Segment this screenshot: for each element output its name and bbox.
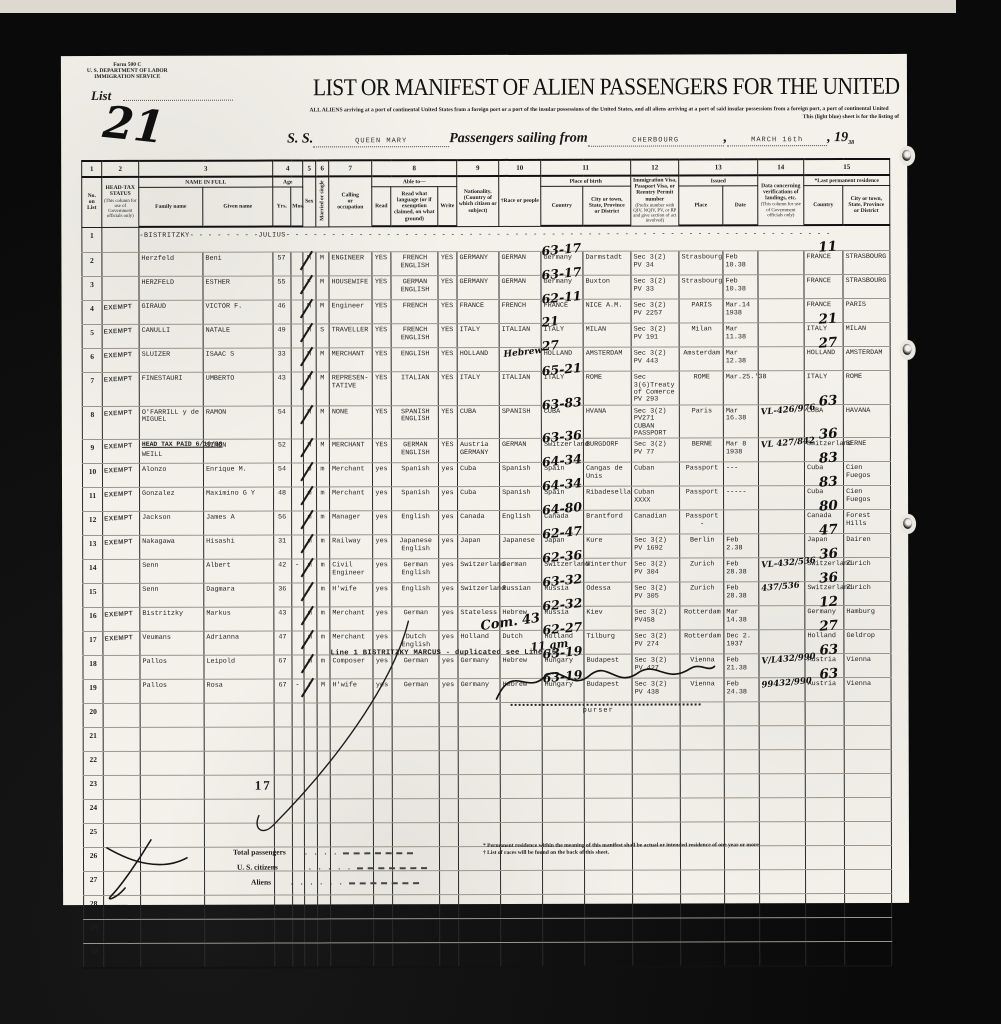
manifest-row: 5EXEMPTCANULLINATALE49MSTRAVELLERYESFREN… — [82, 323, 890, 349]
cell-no: 26 — [83, 848, 103, 872]
cell-read: YES — [372, 439, 391, 463]
cell-place: Vienna — [680, 678, 724, 702]
col-num-3: 3 — [139, 161, 273, 177]
cell-write: yes — [439, 679, 458, 703]
cell-yrs — [274, 799, 292, 823]
cell-sex: m — [304, 535, 317, 559]
cell-no: 27 — [84, 872, 104, 896]
cell-headtax — [104, 896, 141, 920]
cell-race: English — [500, 511, 542, 535]
header-name-in-full: NAME IN FULL — [139, 177, 273, 188]
header-write: Write — [438, 187, 457, 226]
cell-date: Mar 16.38 — [723, 405, 758, 439]
cell-lang: German — [392, 679, 439, 703]
cell-verif — [758, 299, 804, 323]
purser-label: purser — [583, 707, 614, 715]
cell-sex: m — [304, 511, 317, 535]
cell-verif — [760, 870, 806, 894]
dot-leaders: . . . . . . — [291, 877, 345, 886]
cell-place: Milan — [679, 323, 723, 347]
header-age: Age — [273, 176, 303, 187]
cell-date: Feb 10.38 — [723, 251, 758, 275]
cell-mos — [292, 655, 304, 679]
cell-read: yes — [373, 559, 392, 583]
cell-no: 13 — [83, 536, 103, 560]
cell-headtax — [103, 584, 140, 608]
cell-b-city: ROME — [583, 371, 631, 405]
manifest-row: 18PallosLeipold67mmComposeryesGermanyesG… — [83, 654, 891, 680]
cell-write: yes — [439, 535, 458, 559]
cell-res-city — [845, 870, 892, 894]
cell-read: YES — [372, 348, 391, 372]
cell-date — [725, 918, 760, 942]
cell-lang: German — [392, 607, 439, 631]
cell-headtax — [104, 872, 141, 896]
manifest-row: 21 — [83, 726, 891, 752]
cell-given — [204, 823, 274, 847]
cell-res-city: Vienna — [844, 678, 891, 702]
cell-read: yes — [373, 511, 392, 535]
cell-occ — [330, 703, 373, 727]
cell-given: Leipold — [204, 655, 274, 679]
cell-lang: Spanish — [391, 463, 438, 487]
manifest-row: 30 — [84, 942, 892, 969]
cell-res-city: Geldrop — [844, 630, 891, 654]
cell-mos — [291, 252, 303, 276]
cell-race: Russian — [500, 583, 542, 607]
cell-nat: HOLLAND — [457, 348, 499, 372]
cell-marital — [318, 895, 331, 919]
cell-marital: m — [317, 559, 330, 583]
manifest-row: 22 — [83, 750, 891, 776]
cell-lang: English — [392, 511, 439, 535]
cell-family — [140, 824, 204, 848]
cell-occ: H'wife — [330, 583, 373, 607]
page-number: 17 — [255, 778, 272, 794]
cell-race: Hebrew — [500, 655, 542, 679]
cell-mos — [292, 751, 304, 775]
cell-visa — [633, 942, 681, 967]
cell-mos — [292, 775, 304, 799]
footnotes: * Permanent residence within the meaning… — [483, 842, 823, 857]
cell-mos — [292, 583, 304, 607]
cell-place — [680, 726, 724, 750]
cell-write: YES — [438, 372, 457, 406]
cell-write: yes — [439, 559, 458, 583]
cell-sex: m — [304, 487, 317, 511]
cell-family: CANULLI — [139, 324, 203, 348]
cell-marital: M — [316, 300, 329, 324]
ss-label: S. S. — [287, 131, 313, 147]
cell-mos — [292, 727, 304, 751]
cell-family: Senn — [140, 560, 204, 584]
cell-visa: Cuban XXXX — [632, 486, 680, 510]
header-issued-place: Place — [679, 186, 723, 225]
header-place-of-birth: Place of birth — [541, 176, 631, 187]
cell-write — [439, 727, 458, 751]
cell-family — [140, 800, 204, 824]
cell-lang: FRENCH ENGLISH — [391, 252, 438, 276]
header-issued: Issued — [679, 175, 758, 186]
cell-res-city: STRASBOURG — [843, 251, 890, 275]
cell-family: O'FARRILL y de MIGUEL — [139, 406, 203, 440]
manifest-row: 6EXEMPTSLUIZERISAAC S33MMMERCHANTYESENGL… — [82, 347, 890, 373]
cell-headtax: EXEMPT — [102, 464, 139, 488]
cell-read — [373, 775, 392, 799]
cell-res-city: Hamburg — [844, 606, 891, 630]
cell-write — [440, 919, 459, 943]
cell-headtax — [103, 752, 140, 776]
cell-lang — [393, 895, 440, 919]
cell-headtax — [103, 704, 140, 728]
cell-occ: NONE — [329, 406, 372, 440]
col-num-10: 10 — [499, 160, 541, 176]
cell-verif — [760, 918, 806, 942]
cell-family — [141, 896, 205, 920]
aliens-row: Aliens . . . . . . — [251, 877, 427, 886]
cell-occ — [330, 823, 373, 847]
cell-date: Feb 2.38 — [724, 534, 759, 558]
cell-res-city: HAVANA — [843, 404, 890, 438]
cell-marital: M — [316, 276, 329, 300]
cell-yrs: 67 — [274, 679, 292, 703]
cell-marital — [317, 775, 330, 799]
cell-race — [500, 775, 542, 799]
manifest-page: Form 500 CU. S. DEPARTMENT OF LABORIMMIG… — [61, 54, 909, 905]
cell-write: YES — [438, 300, 457, 324]
cell-race — [500, 751, 542, 775]
col-num-13: 13 — [679, 159, 758, 175]
cell-no: 10 — [82, 464, 102, 488]
cell-lang — [393, 943, 440, 968]
cell-marital: M — [316, 372, 329, 406]
cell-nat: FRANCE — [457, 300, 499, 324]
cell-no: 20 — [83, 704, 103, 728]
cell-no: 17 — [83, 632, 103, 656]
manifest-row: 2HerzfeldBeni57MMENGINEERYESFRENCH ENGLI… — [82, 251, 890, 277]
cell-mos — [293, 943, 305, 968]
cell-nat: CUBA — [457, 405, 499, 439]
cell-occ: ENGINEER — [329, 252, 372, 276]
cell-verif: VL 427/842 — [758, 438, 804, 462]
total-passengers-label: Total passengers — [233, 847, 305, 856]
cell-res-country — [805, 798, 844, 822]
cell-yrs: 31 — [274, 535, 292, 559]
cell-occ: Manager — [330, 511, 373, 535]
cell-no: 1 — [82, 227, 102, 253]
header-given-name: Given name — [203, 188, 273, 227]
cell-headtax — [103, 776, 140, 800]
cell-nat: Germany — [458, 679, 500, 703]
col-num-4: 4 — [273, 160, 303, 176]
aliens-label: Aliens — [251, 878, 291, 887]
cell-marital: m — [317, 607, 330, 631]
cell-date: --- — [723, 462, 758, 486]
cell-family: Nakagawa — [140, 536, 204, 560]
cell-verif — [758, 371, 804, 405]
cell-read: yes — [372, 463, 391, 487]
cell-occ — [331, 943, 374, 968]
cell-read: YES — [372, 276, 391, 300]
cell-res-city — [845, 918, 892, 942]
cell-race: Hebrew — [499, 347, 541, 371]
cell-date: Feb 24.38 — [724, 678, 759, 702]
cell-yrs: 54 — [273, 406, 291, 440]
cell-family: Gonzalez — [140, 488, 204, 512]
cell-res-city: MILAN — [843, 323, 890, 347]
cell-mos — [293, 919, 305, 943]
cell-date: Feb 28.38 — [724, 582, 759, 606]
cell-family: Jackson — [140, 512, 204, 536]
cell-b-city: Tilburg — [584, 630, 632, 654]
cell-res-city: Forest Hills — [844, 510, 891, 534]
cell-yrs — [275, 895, 293, 919]
cell-headtax: EXEMPT — [102, 373, 139, 407]
cell-b-city: Buxton — [583, 275, 631, 299]
col-num-11: 11 — [541, 160, 631, 176]
header-married-single: Married or single — [316, 176, 329, 226]
cell-marital: m — [316, 463, 329, 487]
cell-place: Zurich — [680, 558, 724, 582]
cell-read — [374, 919, 393, 943]
cell-write: YES — [438, 276, 457, 300]
cell-place: Rotterdam — [680, 606, 724, 630]
cell-verif — [759, 510, 805, 534]
cell-place — [680, 702, 724, 726]
cell-read: YES — [372, 372, 391, 406]
cell-place: ROME — [679, 371, 723, 405]
cell-place: Berlin — [680, 534, 724, 558]
cell-headtax: EXEMPT — [102, 349, 139, 373]
cell-b-country — [543, 895, 585, 919]
cell-mos — [291, 276, 303, 300]
cell-given: Rosa — [204, 679, 274, 703]
page-title: LIST OR MANIFEST OF ALIEN PASSENGERS FOR… — [313, 72, 899, 102]
cell-date — [724, 798, 759, 822]
cell-mos — [292, 799, 304, 823]
cell-nat: ITALY — [457, 324, 499, 348]
cell-mos — [292, 607, 304, 631]
cell-lang: Spanish — [392, 487, 439, 511]
totals-block: Total passengers . . . . U. S. citizens … — [233, 847, 427, 893]
cell-headtax — [103, 728, 140, 752]
manifest-row: 29 — [84, 918, 892, 944]
cell-mos — [292, 703, 304, 727]
dot-leaders: . . . . . — [309, 862, 353, 871]
cell-res-country — [805, 726, 844, 750]
cell-yrs: 48 — [274, 487, 292, 511]
cell-visa: Sec 3(2) PV458 — [632, 606, 680, 630]
cell-no: 18 — [83, 656, 103, 680]
cell-sex: F — [303, 276, 316, 300]
cell-write — [439, 799, 458, 823]
cell-given — [204, 727, 274, 751]
year-suffix: 38 — [848, 140, 854, 146]
cell-sex: M — [303, 348, 316, 372]
cell-res-country — [805, 702, 844, 726]
total-passengers-blank — [343, 851, 413, 854]
manifest-row: 7EXEMPTFINESTAURIUMBERTO43MMREPRESEN- TA… — [82, 371, 890, 407]
cell-write: YES — [438, 348, 457, 372]
cell-b-city — [584, 726, 632, 750]
cell-date — [725, 870, 760, 894]
cell-write: yes — [439, 607, 458, 631]
cell-nat — [458, 799, 500, 823]
cell-race: ITALIAN — [499, 371, 541, 405]
cell-no: 8 — [82, 406, 102, 440]
cell-visa: Sec 3(2) PV 1692 — [632, 534, 680, 558]
manifest-row: 4EXEMPTGIRAUDVICTOR F.46MMEngineerYESFRE… — [82, 299, 890, 325]
cell-headtax — [102, 227, 139, 253]
cell-place — [681, 918, 725, 942]
cell-headtax: EXEMPT — [102, 301, 139, 325]
sailing-label: Passengers sailing from — [449, 131, 588, 147]
cell-headtax — [103, 656, 140, 680]
cell-family — [140, 776, 204, 800]
cell-b-city: BURGDORF — [583, 438, 631, 462]
cell-verif: 437/536 — [759, 582, 805, 606]
cell-family: HERZFELD — [139, 276, 203, 300]
cell-verif — [759, 750, 805, 774]
cell-res-city: STRASBOURG — [843, 275, 890, 299]
cell-given — [204, 703, 274, 727]
cell-marital — [317, 823, 330, 847]
cell-family — [141, 872, 205, 896]
cell-visa: Sec 3(2) PV 305 — [632, 582, 680, 606]
cell-yrs: 36 — [274, 583, 292, 607]
cell-lang — [392, 823, 439, 847]
cell-date: Dec 2. 1937 — [724, 630, 759, 654]
cell-lang — [392, 751, 439, 775]
cell-headtax — [104, 944, 141, 969]
cell-verif: 99432/990 — [759, 678, 805, 702]
cell-occ: Railway — [330, 535, 373, 559]
cell-race — [501, 895, 543, 919]
cell-place: Paris — [679, 405, 723, 439]
cell-no: 5 — [82, 325, 102, 349]
cell-res-city: Cien Fuegos — [844, 486, 891, 510]
cell-occ — [331, 919, 374, 943]
header-calling-occupation: Calling or occupation — [329, 176, 372, 226]
header-visa-number: Immigration Visa, Passport Visa, or Reen… — [631, 175, 679, 225]
cell-occ: MERCHANT — [329, 348, 372, 372]
cell-sex — [304, 727, 317, 751]
scan-top-strip — [0, 0, 956, 13]
us-citizens-label: U. S. citizens — [237, 862, 309, 871]
cell-occ: Merchant — [329, 463, 372, 487]
cell-read: YES — [372, 324, 391, 348]
header-able-to: Able to— — [372, 176, 457, 187]
manifest-row: 8EXEMPTO'FARRILL y de MIGUELRAMON54MMNON… — [82, 404, 890, 440]
cell-given — [205, 919, 275, 943]
cell-headtax — [102, 277, 139, 301]
cell-lang — [392, 703, 439, 727]
cell-date — [724, 726, 759, 750]
cell-mos — [293, 895, 305, 919]
cell-verif — [760, 894, 806, 918]
cell-sex: M — [303, 300, 316, 324]
cell-occ: Merchant — [330, 607, 373, 631]
cell-visa: Sec 3(2) PV 34 — [631, 251, 679, 275]
cell-headtax: EXEMPT — [103, 608, 140, 632]
cell-write — [439, 823, 458, 847]
cell-yrs — [275, 943, 293, 968]
cell-date: Mar 11.38 — [723, 323, 758, 347]
cell-verif — [758, 275, 804, 299]
cell-family — [140, 752, 204, 776]
cell-marital: m — [317, 655, 330, 679]
cell-race: Spanish — [499, 463, 541, 487]
cell-sex — [304, 823, 317, 847]
cell-lang: SPANISH ENGLISH — [391, 405, 438, 439]
cell-mos — [291, 300, 303, 324]
cell-given — [205, 943, 275, 968]
manifest-row: 28 — [84, 894, 892, 920]
cell-verif — [759, 534, 805, 558]
cell-sex: f — [304, 583, 317, 607]
cell-b-city: Odessa — [584, 582, 632, 606]
ship-name: QUEEN MARY — [313, 137, 449, 147]
cell-date: Mar.25.'38 — [723, 371, 758, 405]
cell-lang: ENGLISH — [391, 348, 438, 372]
cell-yrs: 43 — [273, 372, 291, 406]
cell-occ: TRAVELLER — [329, 324, 372, 348]
manifest-row: 13EXEMPTNakagawaHisashi31mmRailwayyesJap… — [83, 534, 891, 560]
cell-nat: Austria GERMANY — [457, 439, 499, 463]
col-num-6: 6 — [316, 160, 329, 176]
cell-family: Pallos — [140, 680, 204, 704]
cell-sex: M — [303, 406, 316, 440]
cell-read — [373, 799, 392, 823]
year-prefix: 19 — [834, 130, 848, 146]
cell-res-country — [806, 894, 845, 918]
cell-verif: VL-432/536 — [759, 558, 805, 582]
cell-given: Maximino G Y — [204, 487, 274, 511]
cell-family — [140, 848, 204, 872]
cell-verif — [759, 702, 805, 726]
cell-sex: m — [304, 607, 317, 631]
cell-date — [724, 750, 759, 774]
cell-race: FRENCH — [499, 299, 541, 323]
total-passengers-row: Total passengers . . . . — [233, 847, 427, 857]
cell-write: yes — [439, 511, 458, 535]
col-num-12: 12 — [631, 159, 679, 175]
cell-b-city: Ribadesella — [584, 486, 632, 510]
cell-sex — [304, 775, 317, 799]
cell-marital: M — [316, 439, 329, 463]
manifest-row: 9EXEMPTHEAD TAX PAID 6/10/38WEILLSIMON52… — [82, 438, 890, 464]
cell-given: ISAAC S — [203, 348, 273, 372]
cell-race: ITALIAN — [499, 323, 541, 347]
cell-mos — [291, 439, 303, 463]
cell-write: YES — [438, 252, 457, 276]
cell-given: Beni — [203, 252, 273, 276]
header-no-on-list: No. on List — [82, 177, 102, 227]
cell-nat — [458, 703, 500, 727]
duplicate-line-note: Line 1 BISTRITZKY MARCUS - duplicated se… — [330, 649, 561, 658]
form-identifier: Form 500 CU. S. DEPARTMENT OF LABORIMMIG… — [87, 62, 168, 80]
cell-date: Feb 28.38 — [724, 558, 759, 582]
subtitle-line2: This (light blue) sheet is for the listi… — [299, 114, 899, 122]
cell-sex — [305, 943, 318, 968]
cell-verif: V/L432/990 — [759, 654, 805, 678]
scanned-manifest-photo: Form 500 CU. S. DEPARTMENT OF LABORIMMIG… — [0, 0, 1001, 1024]
cell-yrs: 56 — [274, 511, 292, 535]
header-read: Read — [372, 187, 391, 226]
manifest-row: 3HERZFELDESTHER55FMHOUSEWIFEYESGERMAN EN… — [82, 275, 890, 301]
cell-verif — [759, 486, 805, 510]
cell-b-city: Budapest — [584, 678, 632, 702]
